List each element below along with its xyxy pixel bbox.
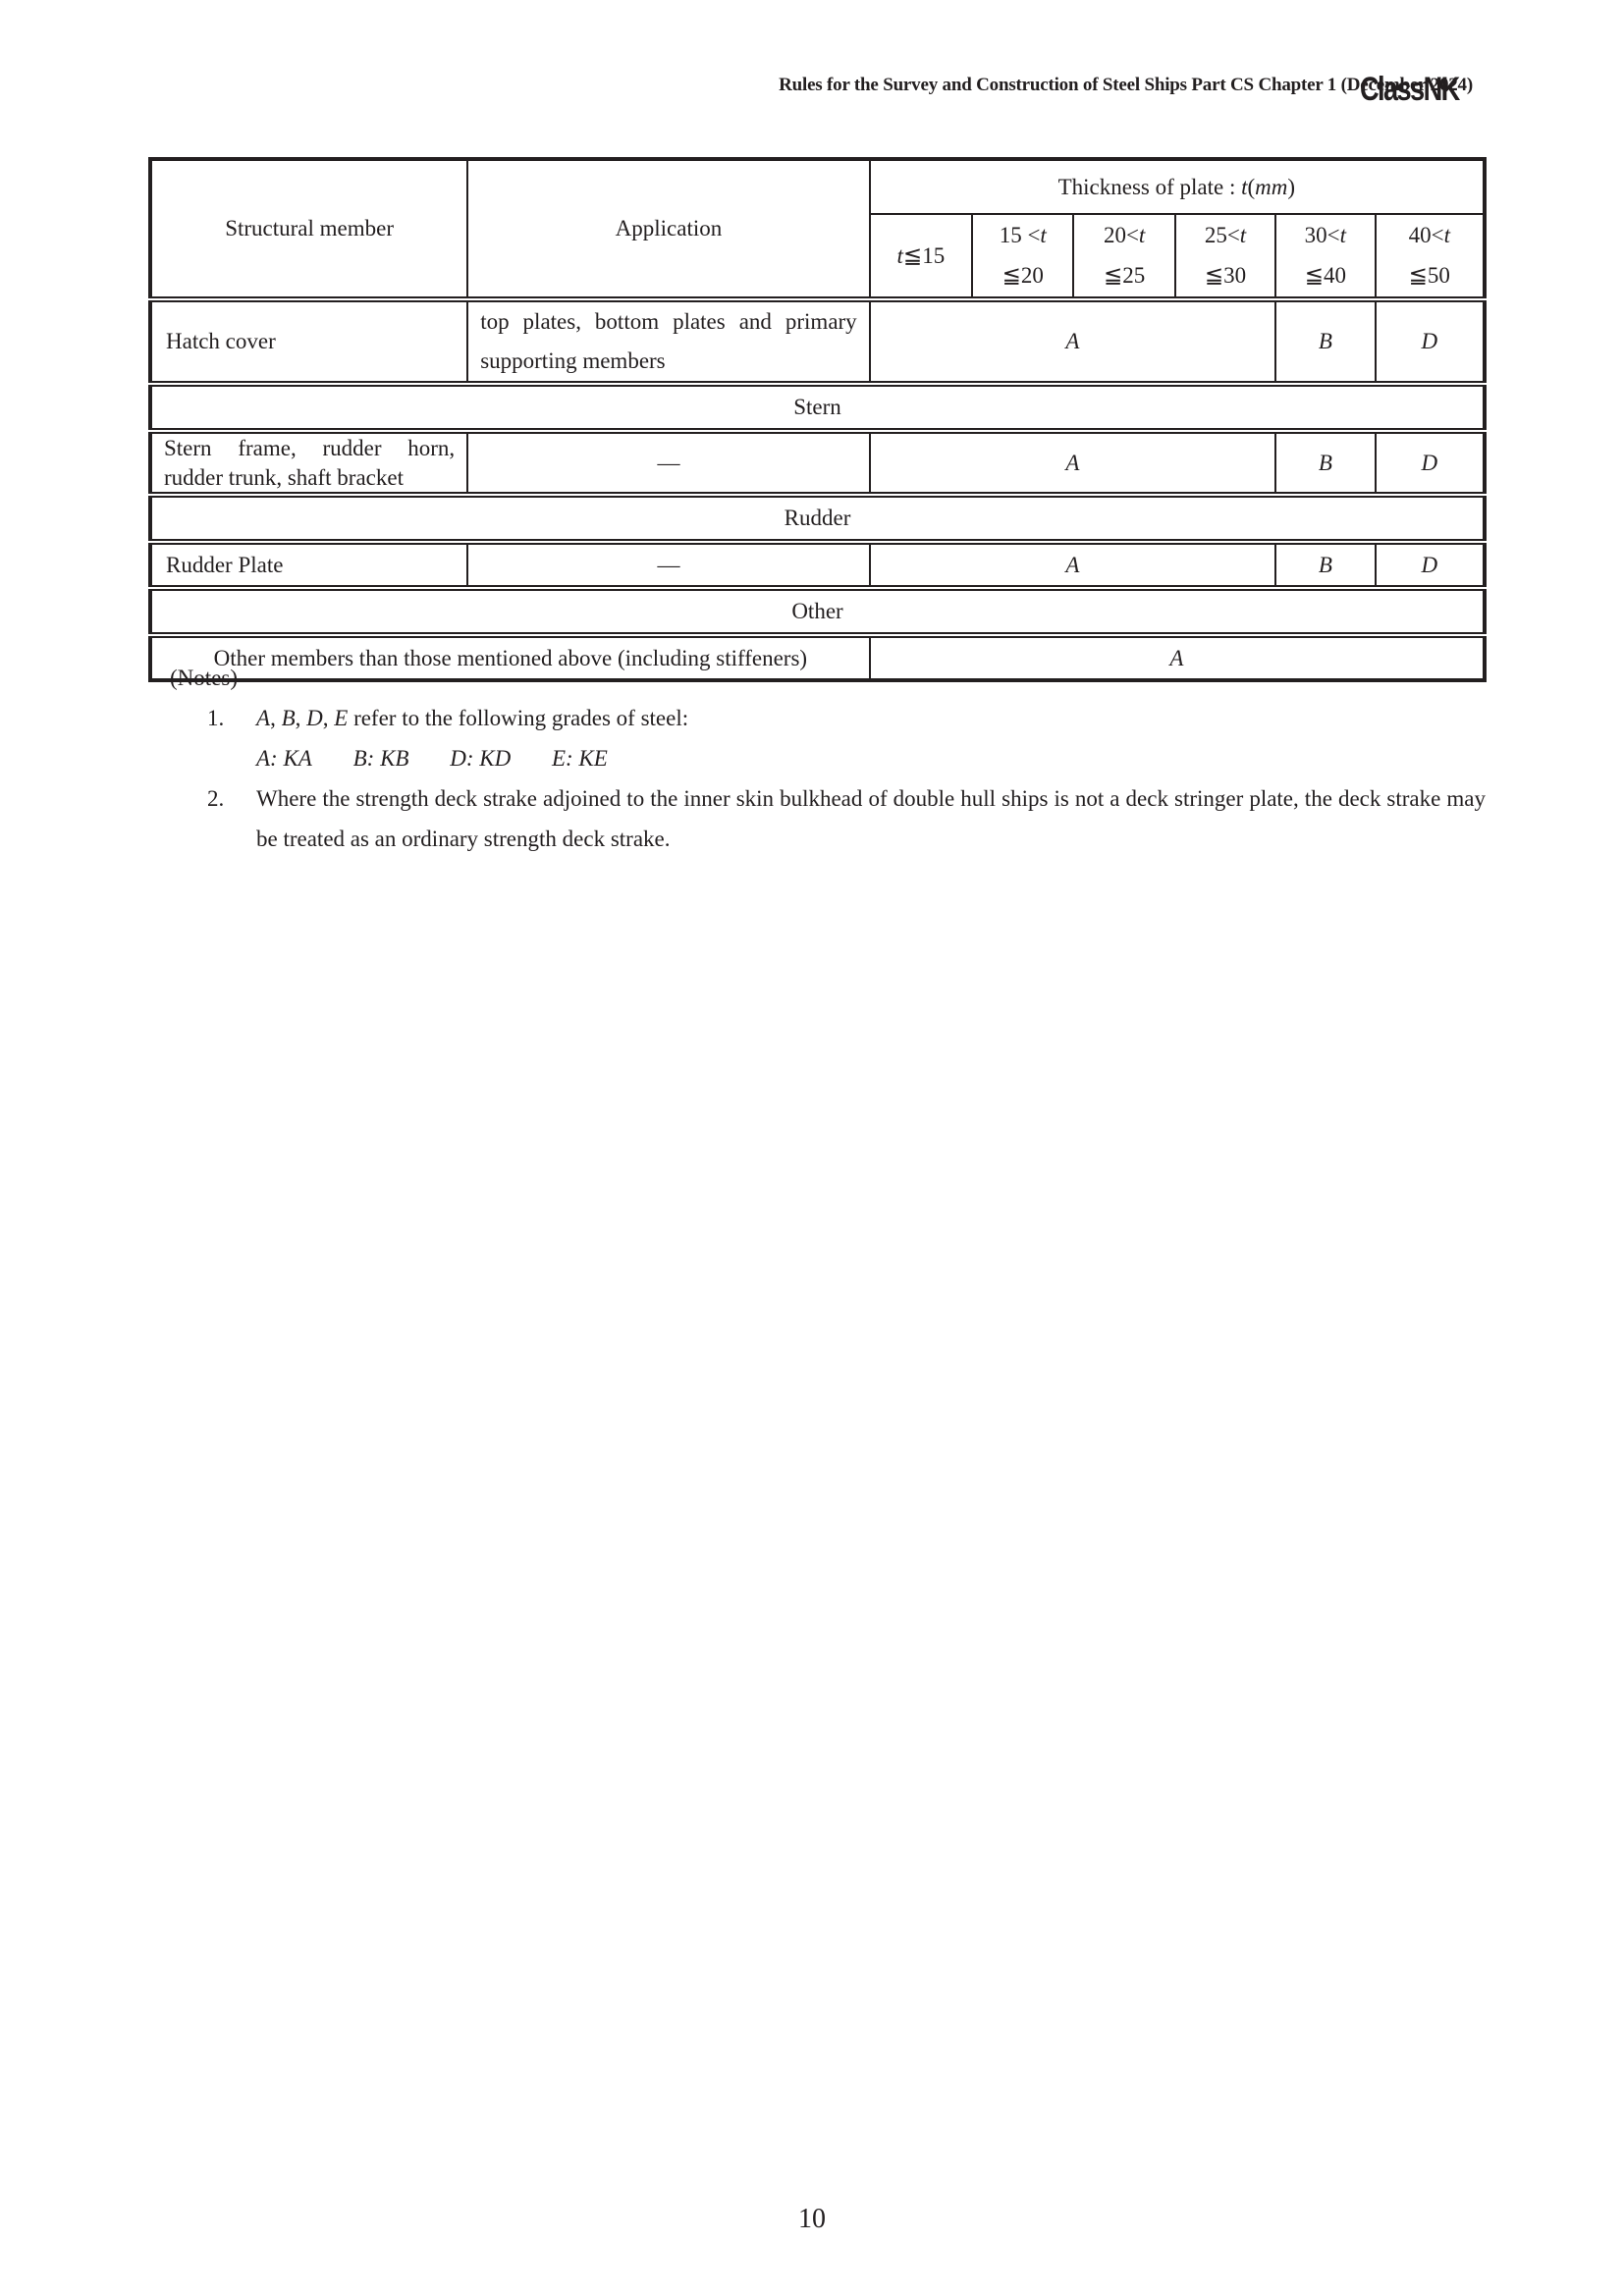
- section-other: Other: [150, 588, 1485, 634]
- page-number: 10: [0, 2204, 1624, 2235]
- range-6: 40<t≦50: [1376, 214, 1485, 299]
- table-row: Stern frame, rudder horn, rudder trunk, …: [150, 431, 1485, 496]
- range-2: 15 <t≦20: [972, 214, 1073, 299]
- range-5: 30<t≦40: [1275, 214, 1375, 299]
- grade-list: A: KA B: KB D: KD E: KE: [256, 738, 1486, 778]
- running-header: Rules for the Survey and Construction of…: [0, 75, 1473, 96]
- range-4: 25<t≦30: [1175, 214, 1275, 299]
- table-row: Hatch cover top plates, bottom plates an…: [150, 299, 1485, 385]
- table-row: Rudder Plate — A B D: [150, 542, 1485, 588]
- notes-title: (Notes): [170, 658, 1486, 698]
- header-thickness: Thickness of plate : t(mm): [870, 159, 1485, 214]
- range-1: t≦15: [870, 214, 972, 299]
- range-3: 20<t≦25: [1073, 214, 1174, 299]
- steel-grade-table: Structural member Application Thickness …: [148, 157, 1487, 682]
- note-1: 1. A, B, D, E refer to the following gra…: [170, 698, 1486, 778]
- section-rudder: Rudder: [150, 495, 1485, 541]
- header-application: Application: [467, 159, 870, 299]
- notes: (Notes) 1. A, B, D, E refer to the follo…: [170, 658, 1486, 859]
- header-structural-member: Structural member: [150, 159, 467, 299]
- note-2: 2. Where the strength deck strake adjoin…: [170, 778, 1486, 859]
- note-1-text: A, B, D, E refer to the following grades…: [256, 698, 1486, 738]
- section-stern: Stern: [150, 384, 1485, 430]
- classnk-logo: ClassNK: [1360, 71, 1459, 109]
